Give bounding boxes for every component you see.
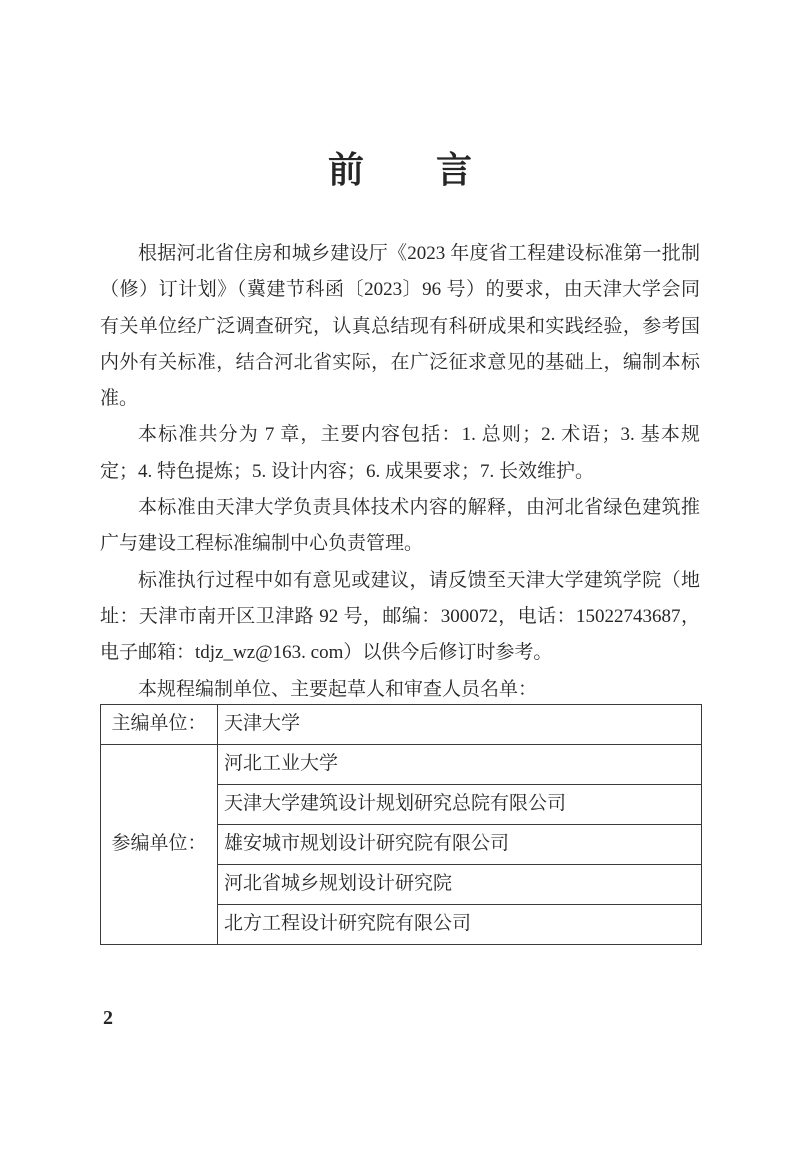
credits-table: 主编单位： 天津大学 参编单位： 河北工业大学 天津大学建筑设计规划研究总院有限… xyxy=(100,704,702,945)
paragraph-chapters: 本标准共分为 7 章，主要内容包括：1. 总则；2. 术语；3. 基本规定；4.… xyxy=(100,417,700,490)
table-row-co-editor: 参编单位： 河北工业大学 xyxy=(101,744,702,784)
paragraph-credits-intro: 本规程编制单位、主要起草人和审查人员名单： xyxy=(100,672,700,708)
chief-editor-value: 天津大学 xyxy=(218,704,702,744)
chief-editor-label: 主编单位： xyxy=(101,704,218,744)
co-editor-value-3: 雄安城市规划设计研究院有限公司 xyxy=(218,824,702,864)
table-row-chief-editor: 主编单位： 天津大学 xyxy=(101,704,702,744)
page-number: 2 xyxy=(103,1006,113,1030)
page-title: 前 言 xyxy=(100,150,700,190)
document-page: 前 言 根据河北省住房和城乡建设厅《2023 年度省工程建设标准第一批制（修）订… xyxy=(0,0,800,1160)
co-editor-value-1: 河北工业大学 xyxy=(218,744,702,784)
paragraph-feedback-contact: 标准执行过程中如有意见或建议，请反馈至天津大学建筑学院（地址：天津市南开区卫津路… xyxy=(100,563,700,672)
paragraph-responsibility: 本标准由天津大学负责具体技术内容的解释，由河北省绿色建筑推广与建设工程标准编制中… xyxy=(100,490,700,563)
co-editor-value-5: 北方工程设计研究院有限公司 xyxy=(218,904,702,944)
co-editor-value-4: 河北省城乡规划设计研究院 xyxy=(218,864,702,904)
co-editor-value-2: 天津大学建筑设计规划研究总院有限公司 xyxy=(218,784,702,824)
co-editors-label: 参编单位： xyxy=(101,744,218,944)
document-body: 根据河北省住房和城乡建设厅《2023 年度省工程建设标准第一批制（修）订计划》（… xyxy=(100,236,700,945)
paragraph-basis: 根据河北省住房和城乡建设厅《2023 年度省工程建设标准第一批制（修）订计划》（… xyxy=(100,236,700,417)
